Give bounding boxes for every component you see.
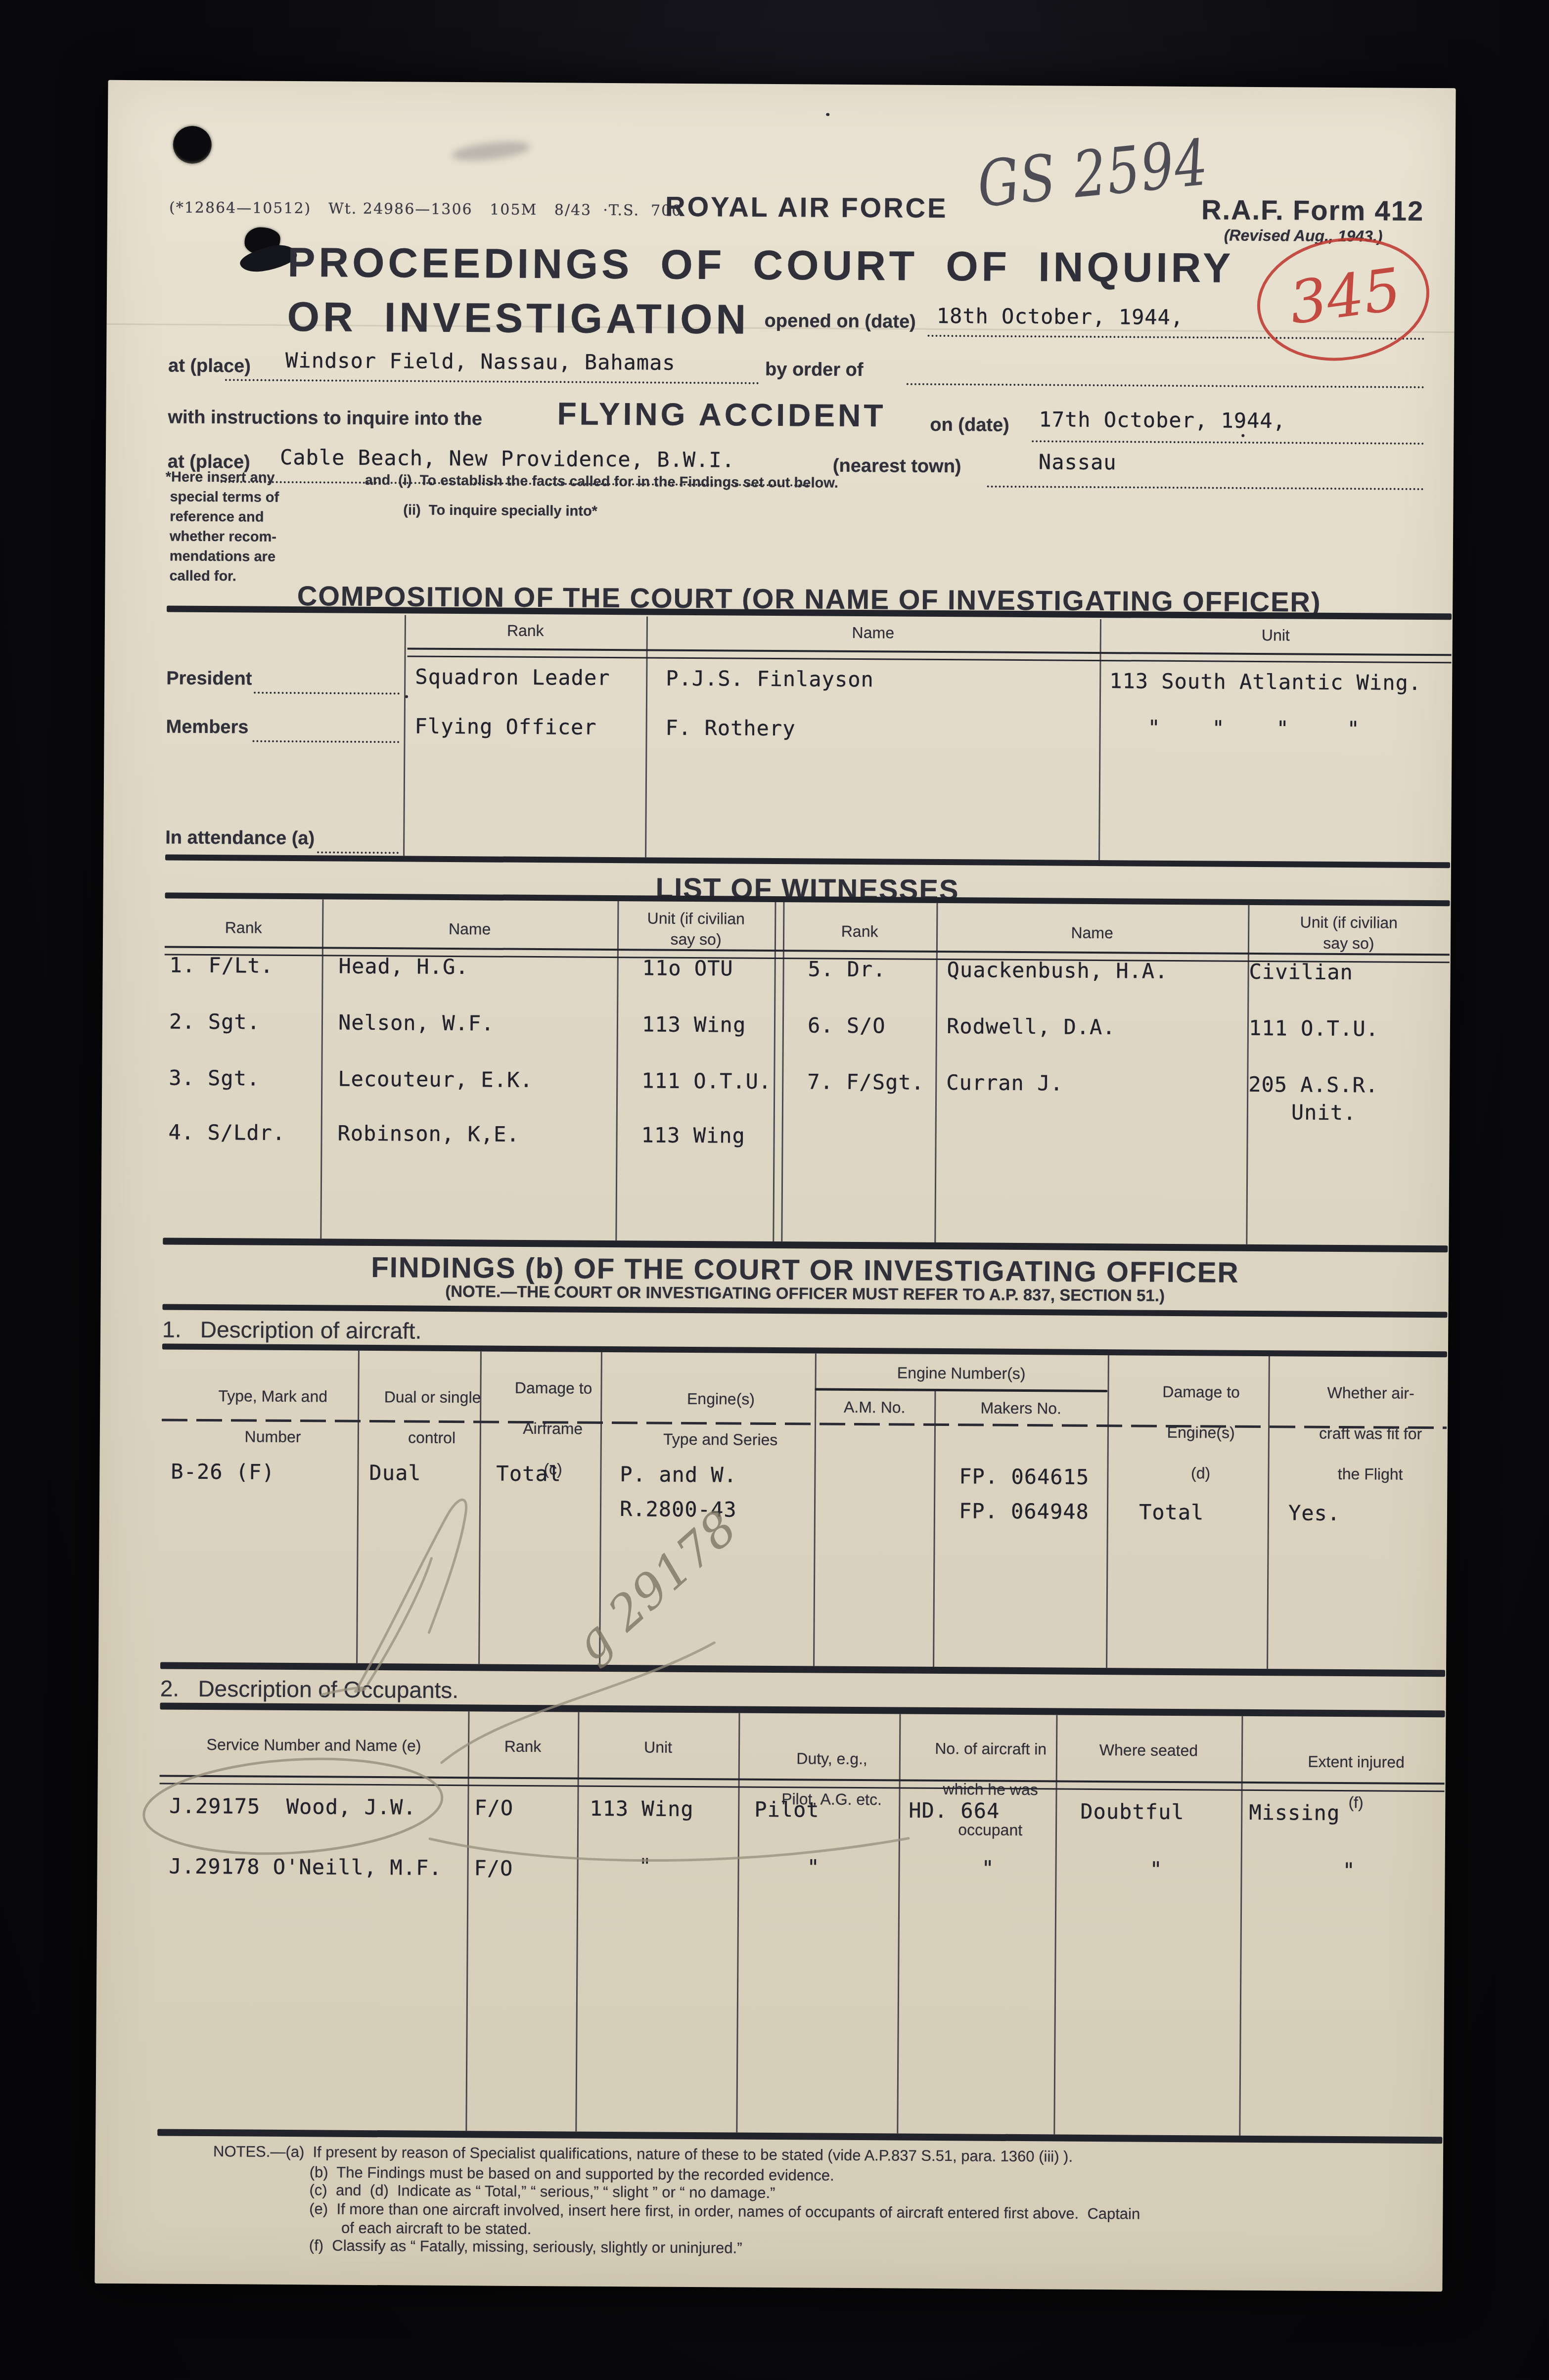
witness-unit: 113 Wing [641, 1123, 745, 1147]
side-note-line2: (ii) To inquire specially into* [403, 502, 597, 519]
on-date-label: on (date) [930, 414, 1009, 436]
aircraft-engine-type-line2: R.2800-43 [620, 1497, 737, 1521]
composition-col-name: Name [646, 621, 1100, 644]
aircraft-engine-damage: Total [1139, 1500, 1204, 1525]
handwritten-file-reference: GS 2594 [974, 126, 1212, 222]
service-title: ROYAL AIR FORCE [665, 190, 948, 224]
dotted-leader [225, 376, 759, 384]
occupants-col-service: Service Number and Name (e) [160, 1734, 468, 1756]
place-value: Windsor Field, Nassau, Bahamas [285, 348, 676, 375]
margin-note-line: whether recom- [170, 528, 276, 545]
occupant-rank: F/O [474, 1856, 513, 1880]
table-divider [403, 615, 406, 856]
witness-name: Robinson, K,E. [337, 1121, 519, 1146]
heavy-rule [165, 854, 1450, 868]
table-divider [575, 1712, 579, 2132]
witness-col-unit-l2: say so) [617, 929, 774, 950]
notes-line-e2: of each aircraft to be stated. [341, 2219, 531, 2238]
opened-on-value: 18th October, 1944, [937, 304, 1184, 329]
red-case-number: 345 [1285, 255, 1405, 337]
notes-line-f: (f) Classify as “ Fatally, missing, seri… [309, 2237, 742, 2257]
heavy-rule [160, 1662, 1445, 1677]
witness-col-unit-l1: Unit (if civilian [617, 908, 774, 929]
header-line: (f) [1348, 1793, 1363, 1811]
sub-rule [815, 1388, 1107, 1392]
header-line: occupant [958, 1821, 1022, 1839]
form-number: R.A.F. Form 412 [1201, 193, 1424, 227]
header-line: Number [245, 1427, 301, 1446]
heavy-rule [162, 1343, 1447, 1357]
composition-col-unit: Unit [1100, 624, 1452, 646]
witness-unit: 111 O.T.U. [641, 1068, 772, 1094]
composition-col-rank: Rank [405, 620, 646, 641]
ditto-mark: " [981, 1856, 995, 1880]
president-unit: 113 South Atlantic Wing. [1109, 669, 1421, 695]
occupants-col-unit: Unit [578, 1737, 738, 1758]
witness-rank: 2. Sgt. [169, 1009, 260, 1034]
header-line: Damage to [515, 1379, 592, 1397]
witness-col-unit2-l1: Unit (if civilian [1248, 912, 1450, 933]
nearest-town-label: (nearest town) [833, 456, 961, 478]
header-line: control [408, 1428, 456, 1447]
members-label: Members [166, 716, 249, 738]
dotted-leader [1032, 438, 1424, 445]
president-label: President [166, 668, 252, 689]
witness-unit: 111 O.T.U. [1249, 1016, 1379, 1041]
witness-rank: 6. S/O [808, 1013, 886, 1038]
aircraft-engine-type-line1: P. and W. [620, 1462, 737, 1487]
header-line: Type and Series [663, 1430, 777, 1449]
witness-rank: 5. Dr. [808, 957, 886, 981]
form-title-line1: PROCEEDINGS OF COURT OF INQUIRY [287, 238, 1234, 292]
occupant-service: J.29178 O'Neill, M.F. [169, 1854, 442, 1880]
heavy-rule [163, 1237, 1448, 1252]
heavy-rule [162, 1304, 1447, 1318]
witness-col-rank: Rank [165, 917, 322, 938]
occupant-service: J.29175 Wood, J.W. [169, 1794, 416, 1820]
aircraft-makers-no-line1: FP. 064615 [959, 1464, 1089, 1489]
dotted-leader [907, 381, 1424, 388]
smudge-mark [451, 138, 531, 164]
dotted-leader [987, 483, 1424, 490]
header-line: Type, Mark and [218, 1387, 327, 1405]
aircraft-col-engine-type: Engine(s) Type and Series [600, 1368, 815, 1471]
header-line: Extent injured [1308, 1753, 1405, 1771]
witness-rank: 4. S/Ldr. [168, 1120, 285, 1145]
occupant-no: HD. 664 [909, 1798, 1000, 1823]
header-line: the Flight [1338, 1465, 1403, 1483]
header-line: No. of aircraft in [935, 1739, 1047, 1758]
paper-speck [826, 113, 829, 116]
printers-code: (*12864—10512) Wt. 24986—1306 105M 8/43 … [169, 199, 682, 219]
paper-speck [1241, 434, 1244, 437]
by-order-label: by order of [765, 359, 864, 381]
witness-name: Lecouteur, E.K. [338, 1067, 533, 1092]
witness-col-name: Name [322, 918, 617, 940]
aircraft-col-engine-damage: Damage to Engine(s) (d) [1107, 1361, 1269, 1504]
form-paper: (*12864—10512) Wt. 24986—1306 105M 8/43 … [94, 80, 1456, 2292]
header-line: Engine(s) [687, 1390, 755, 1408]
witness-col-unit2-l2: say so) [1248, 933, 1450, 954]
witness-unit: 205 A.S.R. [1248, 1072, 1378, 1098]
nearest-town-value: Nassau [1039, 450, 1117, 474]
witness-rank: 3. Sgt. [169, 1066, 260, 1091]
place-label: at (place) [168, 355, 251, 377]
occupants-col-seated: Where seated [1056, 1739, 1241, 1761]
president-name: P.J.S. Finlayson [666, 666, 874, 692]
witness-unit: Civilian [1249, 960, 1354, 984]
opened-on-label: opened on (date) [765, 311, 916, 333]
occupant-rank: F/O [474, 1795, 513, 1820]
dotted-leader [317, 849, 399, 854]
aircraft-airframe-damage: Total [496, 1462, 561, 1486]
header-line: (d) [1191, 1464, 1210, 1482]
dotted-leader [927, 332, 1424, 340]
margin-note-line: mendations are [170, 548, 276, 565]
aircraft-col-engine-numbers: Engine Number(s) [815, 1362, 1108, 1384]
occupant-duty: Pilot [754, 1797, 820, 1822]
ditto-mark: " [1347, 717, 1361, 741]
ditto-mark: " [807, 1855, 820, 1879]
witness-rank: 1. F/Lt. [170, 953, 274, 978]
aircraft-makers-no-line2: FP. 064948 [959, 1499, 1089, 1524]
margin-note-line: *Here insert any [166, 469, 275, 486]
aircraft-col-type: Type, Mark and Number [162, 1365, 358, 1467]
header-line: Whether air- [1327, 1384, 1414, 1402]
witness-name: Curran J. [946, 1070, 1063, 1095]
aircraft-col-makers-no: Makers No. [934, 1398, 1107, 1419]
margin-note-line: special terms of [170, 489, 279, 505]
section2-label: 2. Description of Occupants. [160, 1675, 459, 1703]
double-rule [408, 647, 1452, 663]
witness-rank: 7. F/Sgt. [807, 1069, 924, 1094]
table-divider [933, 1391, 936, 1667]
form-revision: (Revised Aug., 1943.) [1224, 227, 1383, 246]
header-line: Duty, e.g., [796, 1749, 867, 1768]
aircraft-control: Dual [369, 1461, 421, 1485]
aircraft-col-fit: Whether air- craft was fit for the Fligh… [1268, 1362, 1447, 1505]
attendance-label: In attendance (a) [165, 827, 315, 849]
aircraft-fit: Yes. [1288, 1501, 1340, 1525]
pencil-number: g 29178 [564, 1500, 747, 1672]
margin-note-line: reference and [170, 508, 264, 525]
ditto-mark: " [638, 1854, 652, 1878]
notes-line-a: NOTES.—(a) If present by reason of Speci… [213, 2143, 1073, 2166]
instructions-label: with instructions to inquire into the [168, 407, 482, 430]
section1-label: 1. Description of aircraft. [162, 1316, 421, 1344]
members-name: F. Rothery [666, 716, 796, 741]
witness-col-rank2: Rank [783, 921, 936, 942]
witness-name: Quackenbush, H.A. [947, 958, 1168, 983]
president-rank: Squadron Leader [415, 665, 610, 690]
red-circle-annotation [1249, 227, 1437, 371]
witness-unit: 11o OTU [642, 956, 733, 980]
aircraft-col-control: Dual or single control [358, 1367, 480, 1469]
ditto-mark: " [1212, 716, 1226, 740]
ditto-mark: " [1342, 1858, 1356, 1882]
inquiry-subject: FLYING ACCIDENT [557, 395, 886, 434]
occupant-injured: Missing [1249, 1800, 1340, 1825]
on-date-value: 17th October, 1944, [1039, 407, 1286, 433]
witness-unit-line2: Unit. [1291, 1100, 1357, 1125]
table-divider [465, 1711, 469, 2131]
form-title-line2: OR INVESTIGATION [287, 293, 749, 344]
aircraft-col-am-no: A.M. No. [815, 1397, 934, 1418]
occupant-unit: 113 Wing [590, 1796, 694, 1821]
scan-background: (*12864—10512) Wt. 24986—1306 105M 8/43 … [0, 0, 1549, 2380]
ditto-mark: " [1149, 1857, 1163, 1881]
occupants-col-rank: Rank [468, 1736, 578, 1757]
header-line: Dual or single [384, 1388, 481, 1406]
ditto-mark: " [1148, 716, 1161, 740]
witness-unit: 113 Wing [642, 1012, 746, 1037]
members-rank: Flying Officer [415, 714, 597, 739]
witness-name: Head, H.G. [339, 954, 469, 979]
ditto-mark: " [1276, 716, 1290, 740]
header-line: Damage to [1162, 1383, 1240, 1401]
punch-hole [173, 126, 212, 164]
side-note-line1: and (i) To establish the facts called fo… [365, 472, 838, 492]
notes-line-c: (c) and (d) Indicate as “ Total,” “ seri… [309, 2181, 775, 2202]
dotted-leader [254, 689, 400, 695]
occupant-seated: Doubtful [1080, 1799, 1185, 1824]
heavy-rule [157, 2129, 1442, 2144]
aircraft-type: B-26 (F) [171, 1460, 275, 1484]
witness-name: Nelson, W.F. [338, 1010, 495, 1036]
witness-name: Rodwell, D.A. [947, 1014, 1116, 1039]
place2-value: Cable Beach, New Providence, B.W.I. [280, 445, 735, 472]
witness-col-name2: Name [936, 922, 1248, 944]
dotted-leader [252, 738, 399, 743]
heavy-rule [160, 1702, 1445, 1717]
